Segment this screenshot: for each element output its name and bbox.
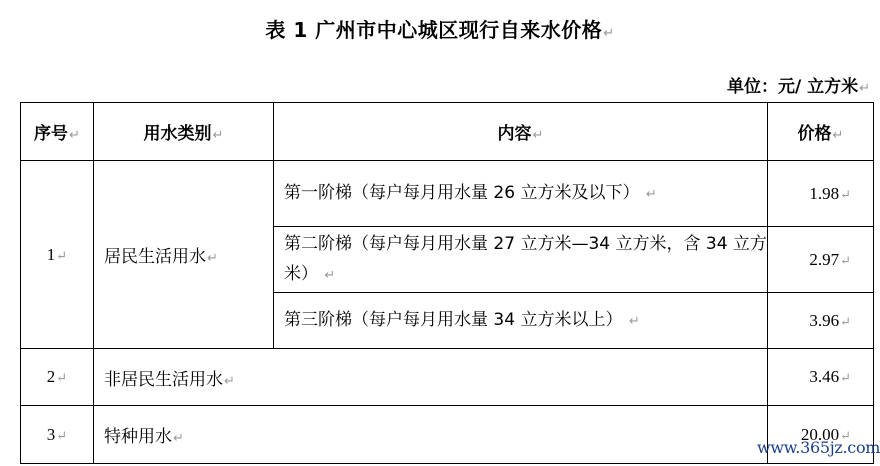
header-category: 用水类别↵ [94,103,274,161]
paragraph-mark-icon: ↵ [533,128,544,143]
row-price: 3.46↵ [768,349,874,406]
paragraph-mark-icon: ↵ [840,370,851,385]
paragraph-mark-icon: ↵ [840,187,851,202]
row-index: 2↵ [21,349,94,406]
paragraph-mark-icon: ↵ [646,187,657,202]
unit-text: 单位：元/ 立方米 [727,77,858,97]
water-price-table: 序号↵ 用水类别↵ 内容↵ 价格↵ 1↵ 居民生活用水↵ 第一阶梯（每户每月用水… [20,102,874,464]
paragraph-mark-icon: ↵ [213,128,224,143]
row-category: 非居民生活用水↵ [94,349,768,406]
watermark: www.365jz.com [757,438,880,457]
tier-content: 第二阶梯（每户每月用水量 27 立方米—34 立方米，含 34 立方米） ↵ [274,227,768,293]
tier-price: 3.96↵ [768,293,874,349]
row-category: 特种用水↵ [94,406,768,464]
paragraph-mark-icon: ↵ [324,268,335,283]
paragraph-mark-icon: ↵ [207,251,218,266]
paragraph-mark-icon: ↵ [629,314,640,329]
paragraph-mark-icon: ↵ [840,253,851,268]
table-title: 表 1 广州市中心城区现行自来水价格↵ [0,14,880,43]
tier-content: 第一阶梯（每户每月用水量 26 立方米及以下） ↵ [274,161,768,227]
unit-label: 单位：元/ 立方米↵ [727,72,870,97]
table-title-text: 表 1 广州市中心城区现行自来水价格 [265,18,602,42]
tier-content: 第三阶梯（每户每月用水量 34 立方米以上） ↵ [274,293,768,349]
tier-price: 1.98↵ [768,161,874,227]
paragraph-mark-icon: ↵ [833,128,844,143]
paragraph-mark-icon: ↵ [859,81,870,96]
row-category: 居民生活用水↵ [94,161,274,349]
row-index: 3↵ [21,406,94,464]
row-index: 1↵ [21,161,94,349]
paragraph-mark-icon: ↵ [56,428,67,443]
paragraph-mark-icon: ↵ [56,248,67,263]
paragraph-mark-icon: ↵ [840,314,851,329]
header-content: 内容↵ [274,103,768,161]
table-row: 1↵ 居民生活用水↵ 第一阶梯（每户每月用水量 26 立方米及以下） ↵ 1.9… [21,161,874,227]
paragraph-mark-icon: ↵ [603,26,614,41]
paragraph-mark-icon: ↵ [173,431,184,446]
paragraph-mark-icon: ↵ [224,374,235,389]
tier-price: 2.97↵ [768,227,874,293]
header-price: 价格↵ [768,103,874,161]
header-index: 序号↵ [21,103,94,161]
table-row: 3↵ 特种用水↵ 20.00↵ [21,406,874,464]
table-row: 2↵ 非居民生活用水↵ 3.46↵ [21,349,874,406]
table-header-row: 序号↵ 用水类别↵ 内容↵ 价格↵ [21,103,874,161]
paragraph-mark-icon: ↵ [69,128,80,143]
paragraph-mark-icon: ↵ [56,370,67,385]
